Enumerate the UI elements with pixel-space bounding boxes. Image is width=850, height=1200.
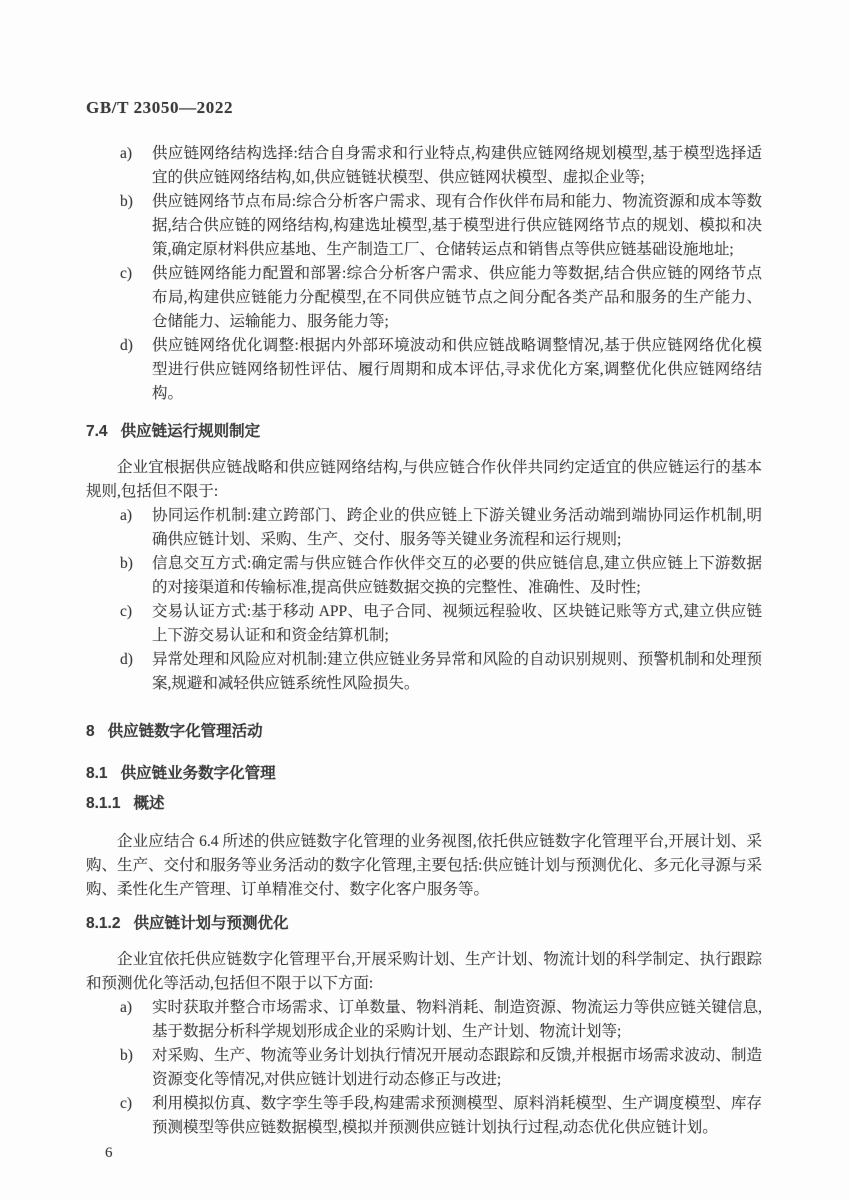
section-heading-8-1-2: 8.1.2供应链计划与预测优化 xyxy=(86,912,762,936)
list-item-label: b) xyxy=(120,552,152,600)
list-item-label: a) xyxy=(120,996,152,1044)
list-item: b) 信息交互方式:确定需与供应链合作伙伴交互的必要的供应链信息,建立供应链上下… xyxy=(86,552,762,600)
list-item-label: a) xyxy=(120,142,152,190)
section-heading-8-1-1: 8.1.1概述 xyxy=(86,792,762,816)
list-item: c) 交易认证方式:基于移动 APP、电子合同、视频远程验收、区块链记账等方式,… xyxy=(86,600,762,648)
paragraph: 企业宜依托供应链数字化管理平台,开展采购计划、生产计划、物流计划的科学制定、执行… xyxy=(86,948,762,996)
section-title: 供应链数字化管理活动 xyxy=(108,723,263,740)
page-number: 6 xyxy=(86,1141,762,1165)
list-item: d) 异常处理和风险应对机制:建立供应链业务异常和风险的自动识别规则、预警机制和… xyxy=(86,648,762,696)
list-item-label: c) xyxy=(120,1092,152,1140)
document-page: GB/T 23050—2022 a) 供应链网络结构选择:结合自身需求和行业特点… xyxy=(0,0,850,1200)
list-item-text: 供应链网络能力配置和部署:综合分析客户需求、供应能力等数据,结合供应链的网络节点… xyxy=(152,262,762,334)
section-number: 8.1.1 xyxy=(86,795,120,812)
list-item-label: b) xyxy=(120,190,152,262)
section-heading-8-1: 8.1供应链业务数字化管理 xyxy=(86,762,762,786)
section-heading-8: 8供应链数字化管理活动 xyxy=(86,720,762,744)
section-title: 供应链业务数字化管理 xyxy=(121,765,276,782)
list-item: b) 对采购、生产、物流等业务计划执行情况开展动态跟踪和反馈,并根据市场需求波动… xyxy=(86,1044,762,1092)
list-item-text: 交易认证方式:基于移动 APP、电子合同、视频远程验收、区块链记账等方式,建立供… xyxy=(152,600,762,648)
section-title: 供应链计划与预测优化 xyxy=(133,915,288,932)
list-item: d) 供应链网络优化调整:根据内外部环境波动和供应链战略调整情况,基于供应链网络… xyxy=(86,334,762,406)
list-item: b) 供应链网络节点布局:综合分析客户需求、现有合作伙伴布局和能力、物流资源和成… xyxy=(86,190,762,262)
list-item: a) 实时获取并整合市场需求、订单数量、物料消耗、制造资源、物流运力等供应链关键… xyxy=(86,996,762,1044)
list-item-text: 异常处理和风险应对机制:建立供应链业务异常和风险的自动识别规则、预警机制和处理预… xyxy=(152,648,762,696)
section-number: 8.1 xyxy=(86,765,108,782)
list-item-text: 供应链网络节点布局:综合分析客户需求、现有合作伙伴布局和能力、物流资源和成本等数… xyxy=(152,190,762,262)
section-number: 8.1.2 xyxy=(86,915,120,932)
section-heading-7-4: 7.4供应链运行规则制定 xyxy=(86,420,762,444)
list-item-text: 实时获取并整合市场需求、订单数量、物料消耗、制造资源、物流运力等供应链关键信息,… xyxy=(152,996,762,1044)
section-number: 8 xyxy=(86,723,95,740)
paragraph: 企业宜根据供应链战略和供应链网络结构,与供应链合作伙伴共同约定适宜的供应链运行的… xyxy=(86,456,762,504)
paragraph: 企业应结合 6.4 所述的供应链数字化管理的业务视图,依托供应链数字化管理平台,… xyxy=(86,830,762,902)
list-item: c) 利用模拟仿真、数字孪生等手段,构建需求预测模型、原料消耗模型、生产调度模型… xyxy=(86,1092,762,1140)
list-item-text: 信息交互方式:确定需与供应链合作伙伴交互的必要的供应链信息,建立供应链上下游数据… xyxy=(152,552,762,600)
operation-rules-list: a) 协同运作机制:建立跨部门、跨企业的供应链上下游关键业务活动端到端协同运作机… xyxy=(86,504,762,696)
list-item-text: 协同运作机制:建立跨部门、跨企业的供应链上下游关键业务活动端到端协同运作机制,明… xyxy=(152,504,762,552)
list-item: a) 供应链网络结构选择:结合自身需求和行业特点,构建供应链网络规划模型,基于模… xyxy=(86,142,762,190)
list-item-label: d) xyxy=(120,334,152,406)
planning-optimization-list: a) 实时获取并整合市场需求、订单数量、物料消耗、制造资源、物流运力等供应链关键… xyxy=(86,996,762,1140)
list-item-text: 对采购、生产、物流等业务计划执行情况开展动态跟踪和反馈,并根据市场需求波动、制造… xyxy=(152,1044,762,1092)
list-item-text: 供应链网络结构选择:结合自身需求和行业特点,构建供应链网络规划模型,基于模型选择… xyxy=(152,142,762,190)
list-item-label: d) xyxy=(120,648,152,696)
section-title: 概述 xyxy=(133,795,164,812)
network-structure-list: a) 供应链网络结构选择:结合自身需求和行业特点,构建供应链网络规划模型,基于模… xyxy=(86,142,762,406)
list-item: a) 协同运作机制:建立跨部门、跨企业的供应链上下游关键业务活动端到端协同运作机… xyxy=(86,504,762,552)
standard-number-header: GB/T 23050—2022 xyxy=(86,96,762,120)
list-item: c) 供应链网络能力配置和部署:综合分析客户需求、供应能力等数据,结合供应链的网… xyxy=(86,262,762,334)
section-title: 供应链运行规则制定 xyxy=(121,423,261,440)
list-item-label: a) xyxy=(120,504,152,552)
list-item-label: c) xyxy=(120,600,152,648)
list-item-text: 供应链网络优化调整:根据内外部环境波动和供应链战略调整情况,基于供应链网络优化模… xyxy=(152,334,762,406)
list-item-text: 利用模拟仿真、数字孪生等手段,构建需求预测模型、原料消耗模型、生产调度模型、库存… xyxy=(152,1092,762,1140)
list-item-label: b) xyxy=(120,1044,152,1092)
list-item-label: c) xyxy=(120,262,152,334)
section-number: 7.4 xyxy=(86,423,108,440)
